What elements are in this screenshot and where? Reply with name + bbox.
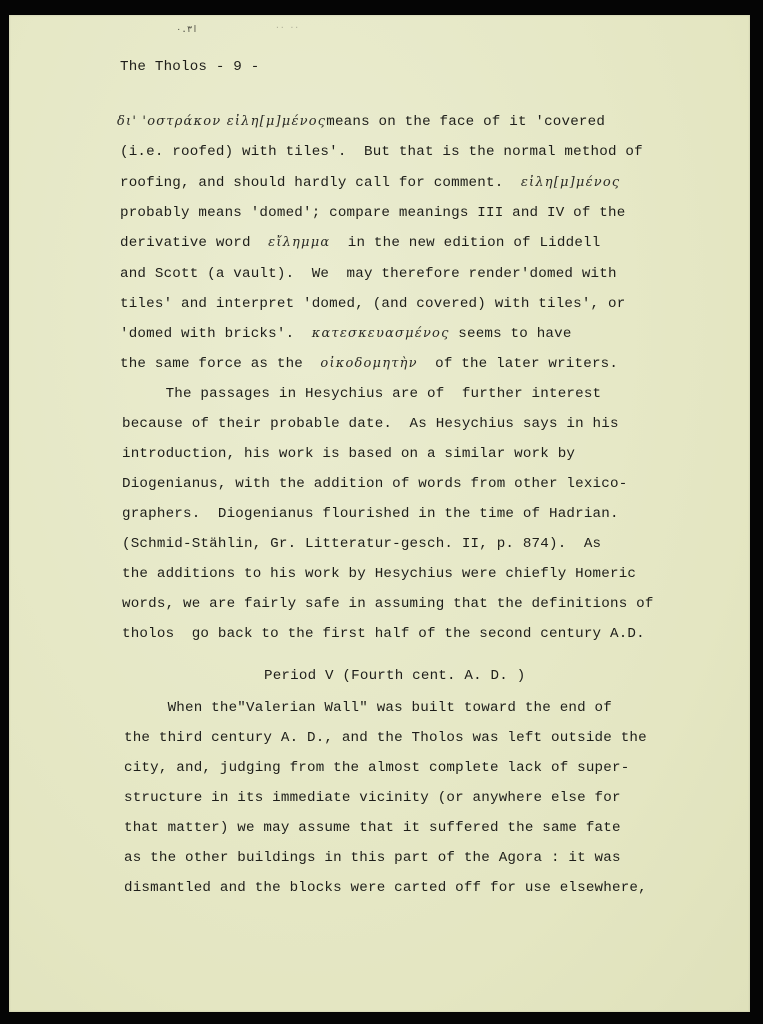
text-line: (Schmid-Stählin, Gr. Litteratur-gesch. I… bbox=[122, 536, 601, 552]
text-line: (i.e. roofed) with tiles'. But that is t… bbox=[120, 144, 643, 160]
greek-phrase: οἰκοδομητὴν bbox=[320, 356, 417, 371]
text-line: graphers. Diogenianus flourished in the … bbox=[122, 506, 619, 522]
text-line: structure in its immediate vicinity (or … bbox=[124, 790, 621, 806]
text-line: 'domed with bricks'. κατεσκευασμένος see… bbox=[120, 326, 572, 342]
text-line: derivative word εἴλημμα in the new editi… bbox=[120, 235, 600, 251]
text-line: as the other buildings in this part of t… bbox=[124, 850, 621, 866]
section-heading: Period V (Fourth cent. A. D. ) bbox=[264, 668, 525, 684]
text-line: words, we are fairly safe in assuming th… bbox=[122, 596, 654, 612]
text-line: that matter) we may assume that it suffe… bbox=[124, 820, 621, 836]
text-line: and Scott (a vault). We may therefore re… bbox=[120, 266, 617, 282]
text-line: the additions to his work by Hesychius w… bbox=[122, 566, 636, 582]
text-line: When the"Valerian Wall" was built toward… bbox=[124, 700, 612, 716]
text-line: the third century A. D., and the Tholos … bbox=[124, 730, 647, 746]
text-line: tholos go back to the first half of the … bbox=[122, 626, 645, 642]
text-line: the same force as the οἰκοδομητὴν of the… bbox=[120, 356, 618, 372]
archive-mark: ا٠.٣ bbox=[176, 25, 198, 35]
greek-phrase: δι' 'οστράκον εἰλη[μ]μένος bbox=[117, 114, 326, 129]
document-page: ا٠.٣ ·· ·· The Tholos - 9 - δι' 'οστράκο… bbox=[9, 15, 750, 1012]
text-line: δι' 'οστράκον εἰλη[μ]μένοςmeans on the f… bbox=[117, 114, 605, 130]
running-head: The Tholos - 9 - bbox=[120, 59, 259, 75]
greek-phrase: κατεσκευασμένος bbox=[312, 326, 450, 341]
text-line: city, and, judging from the almost compl… bbox=[124, 760, 629, 776]
text-line: probably means 'domed'; compare meanings… bbox=[120, 205, 625, 221]
text-line: The passages in Hesychius are of further… bbox=[122, 386, 601, 402]
text-line: tiles' and interpret 'domed, (and covere… bbox=[120, 296, 625, 312]
text-line: because of their probable date. As Hesyc… bbox=[122, 416, 619, 432]
greek-phrase: εἴλημμα bbox=[268, 235, 330, 250]
text-line: dismantled and the blocks were carted of… bbox=[124, 880, 647, 896]
faint-mark: ·· ·· bbox=[275, 23, 299, 32]
text-line: roofing, and should hardly call for comm… bbox=[120, 175, 620, 191]
text-line: Diogenianus, with the addition of words … bbox=[122, 476, 627, 492]
text-line: introduction, his work is based on a sim… bbox=[122, 446, 575, 462]
greek-phrase: εἰλη[μ]μένος bbox=[521, 175, 621, 190]
